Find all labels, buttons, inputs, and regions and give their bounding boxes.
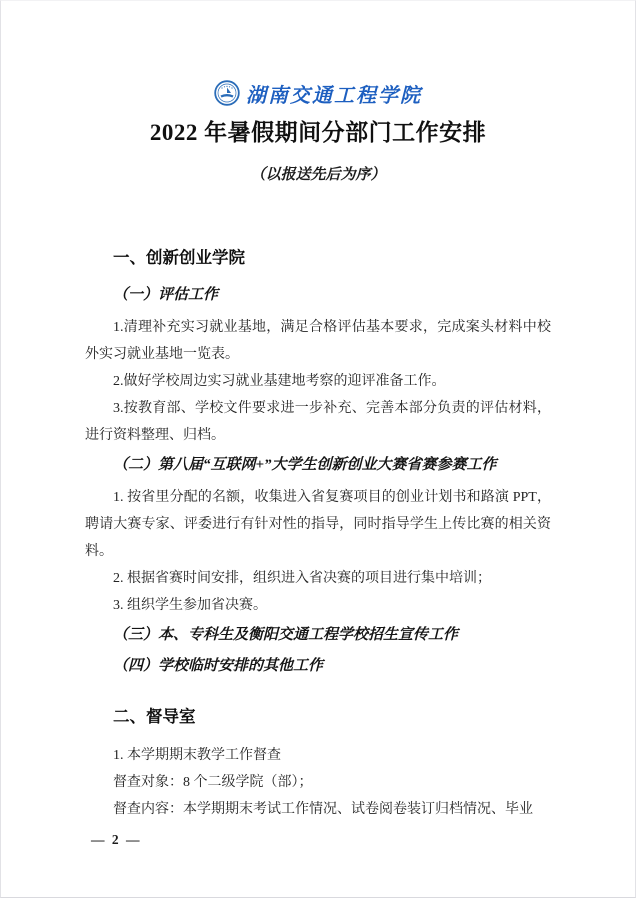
paragraph: 3.按教育部、学校文件要求进一步补充、完善本部分负责的评估材料，进行资料整理、归… — [85, 395, 551, 449]
paragraph: 2. 根据省赛时间安排，组织进入省决赛的项目进行集中培训； — [85, 565, 551, 592]
page-number: — 2 — — [91, 832, 142, 848]
document-section: 一、创新创业学院（一）评估工作1.清理补充实习就业基地，满足合格评估基本要求，完… — [85, 246, 551, 679]
school-emblem-icon — [214, 80, 240, 106]
section-heading: 二、督导室 — [85, 705, 551, 730]
document-body: 一、创新创业学院（一）评估工作1.清理补充实习就业基地，满足合格评估基本要求，完… — [85, 246, 551, 823]
paragraph: 3. 组织学生参加省决赛。 — [85, 592, 551, 619]
paragraph: 2.做好学校周边实习就业基建地考察的迎评准备工作。 — [85, 368, 551, 395]
subheading: （三）本、专科生及衡阳交通工程学校招生宣传工作 — [85, 623, 551, 648]
page-subtitle: （以报送先后为序） — [85, 164, 551, 186]
paragraph: 1.清理补充实习就业基地，满足合格评估基本要求，完成案头材料中校外实习就业基地一… — [85, 314, 551, 368]
page-title: 2022 年暑假期间分部门工作安排 — [85, 117, 551, 149]
subheading: （二）第八届“互联网+”大学生创新创业大赛省赛参赛工作 — [85, 453, 551, 478]
school-logo: 湖南交通工程学院 — [85, 79, 551, 107]
paragraph: 督查内容：本学期期末考试工作情况、试卷阅卷装订归档情况、毕业 — [85, 796, 551, 823]
document-page: 湖南交通工程学院 2022 年暑假期间分部门工作安排 （以报送先后为序） 一、创… — [0, 0, 636, 898]
school-name: 湖南交通工程学院 — [246, 79, 422, 108]
paragraph: 1. 按省里分配的名额，收集进入省复赛项目的创业计划书和路演 PPT，聘请大赛专… — [85, 484, 551, 565]
paragraph: 督查对象：8 个二级学院（部）； — [85, 769, 551, 796]
paragraph: 1. 本学期期末教学工作督查 — [85, 742, 551, 769]
subheading: （四）学校临时安排的其他工作 — [85, 654, 551, 679]
subheading: （一）评估工作 — [85, 283, 551, 308]
section-heading: 一、创新创业学院 — [85, 246, 551, 271]
document-section: 二、督导室1. 本学期期末教学工作督查督查对象：8 个二级学院（部）；督查内容：… — [85, 705, 551, 823]
